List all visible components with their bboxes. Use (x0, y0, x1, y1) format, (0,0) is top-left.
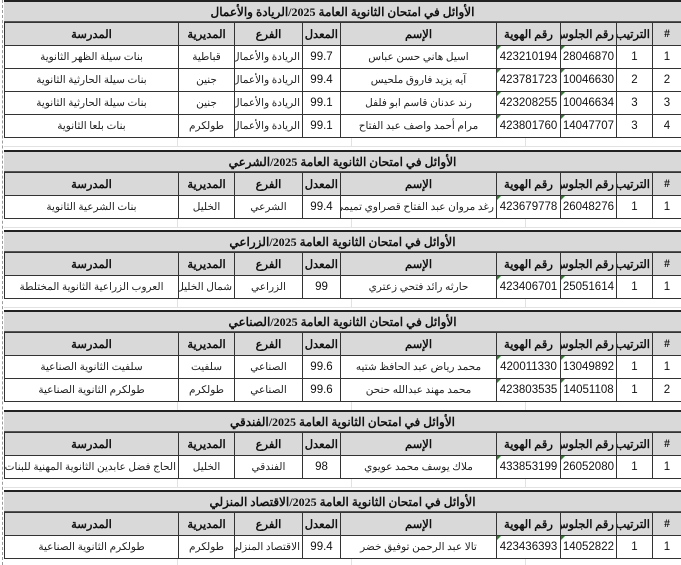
cell-rank[interactable]: 1 (617, 536, 653, 559)
cell-seat-number[interactable]: 28046870 (561, 46, 617, 69)
results-table: # الترتيب رقم الجلوس رقم الهوية الإسم ال… (4, 512, 681, 559)
header-name[interactable]: الإسم (341, 253, 497, 276)
header-seat-number[interactable]: رقم الجلوس (561, 513, 617, 536)
results-section: الأوائل في امتحان الثانوية العامة 2025/ا… (4, 410, 681, 488)
results-section: الأوائل في امتحان الثانوية العامة 2025/ا… (4, 150, 681, 228)
page-break-line (2, 0, 3, 565)
header-rank[interactable]: الترتيب (617, 253, 653, 276)
results-table: # الترتيب رقم الجلوس رقم الهوية الإسم ال… (4, 22, 681, 138)
cell-rank[interactable]: 3 (617, 92, 653, 115)
cell-average[interactable]: 99.4 (303, 69, 341, 92)
header-row: # الترتيب رقم الجلوس رقم الهوية الإسم ال… (5, 173, 681, 196)
header-name[interactable]: الإسم (341, 333, 497, 356)
results-section: الأوائل في امتحان الثانوية العامة 2025/ا… (4, 230, 681, 308)
cell-seat-number[interactable]: 10046630 (561, 69, 617, 92)
table-row: 3 3 10046634 423208255 رند عدنان قاسم اب… (5, 92, 681, 115)
header-school[interactable]: المدرسة (5, 23, 179, 46)
header-index[interactable]: # (653, 173, 681, 196)
cell-branch[interactable]: الفندقي (235, 456, 303, 479)
header-name[interactable]: الإسم (341, 173, 497, 196)
cell-directorate[interactable]: الخليل (179, 456, 235, 479)
header-school[interactable]: المدرسة (5, 253, 179, 276)
cell-id-number[interactable]: 423803535 (497, 379, 561, 402)
cell-id-number[interactable]: 423781723 (497, 69, 561, 92)
cell-index[interactable]: 1 (653, 356, 681, 379)
cell-school[interactable]: طولكرم الثانوية الصناعية (5, 379, 179, 402)
header-rank[interactable]: الترتيب (617, 513, 653, 536)
header-average[interactable]: المعدل (303, 173, 341, 196)
table-row: 1 1 26052080 433853199 ملاك يوسف محمد عو… (5, 456, 681, 479)
cell-name[interactable]: رغد مروان عبد الفتاح قصراوي تميمي (341, 196, 497, 219)
cell-school[interactable]: بنات بلعا الثانوية (5, 115, 179, 138)
cell-seat-number[interactable]: 14052822 (561, 536, 617, 559)
cell-id-number[interactable]: 423406701 (497, 276, 561, 299)
empty-row[interactable] (4, 138, 681, 147)
header-index[interactable]: # (653, 23, 681, 46)
cell-branch[interactable]: الريادة والأعمال (235, 92, 303, 115)
header-school[interactable]: المدرسة (5, 173, 179, 196)
header-branch[interactable]: الفرع (235, 433, 303, 456)
results-table: # الترتيب رقم الجلوس رقم الهوية الإسم ال… (4, 332, 681, 402)
header-id-number[interactable]: رقم الهوية (497, 333, 561, 356)
table-row: 1 1 25051614 423406701 حارثه رائد فتحي ز… (5, 276, 681, 299)
cell-name[interactable]: محمد رياض عبد الحافظ شتيه (341, 356, 497, 379)
header-rank[interactable]: الترتيب (617, 333, 653, 356)
header-index[interactable]: # (653, 253, 681, 276)
section-title[interactable]: الأوائل في امتحان الثانوية العامة 2025/ا… (4, 410, 681, 432)
cell-id-number[interactable]: 423801760 (497, 115, 561, 138)
cell-directorate[interactable]: الخليل (179, 196, 235, 219)
header-name[interactable]: الإسم (341, 433, 497, 456)
header-branch[interactable]: الفرع (235, 253, 303, 276)
cell-rank[interactable]: 1 (617, 456, 653, 479)
header-directorate[interactable]: المديرية (179, 23, 235, 46)
header-row: # الترتيب رقم الجلوس رقم الهوية الإسم ال… (5, 433, 681, 456)
header-seat-number[interactable]: رقم الجلوس (561, 23, 617, 46)
cell-index[interactable]: 3 (653, 92, 681, 115)
cell-directorate[interactable]: طولكرم (179, 536, 235, 559)
cell-branch[interactable]: الشرعي (235, 196, 303, 219)
header-seat-number[interactable]: رقم الجلوس (561, 333, 617, 356)
cell-name[interactable]: محمد مهند عبدالله حنحن (341, 379, 497, 402)
cell-average[interactable]: 99.7 (303, 46, 341, 69)
cell-average[interactable]: 98 (303, 456, 341, 479)
cell-name[interactable]: تالا عبد الرحمن توفيق خضر (341, 536, 497, 559)
cell-directorate[interactable]: شمال الخليل (179, 276, 235, 299)
cell-id-number[interactable]: 423436393 (497, 536, 561, 559)
cell-average[interactable]: 99.4 (303, 196, 341, 219)
header-row: # الترتيب رقم الجلوس رقم الهوية الإسم ال… (5, 23, 681, 46)
cell-directorate[interactable]: طولكرم (179, 379, 235, 402)
section-title[interactable]: الأوائل في امتحان الثانوية العامة 2025/ا… (4, 0, 681, 22)
cell-index[interactable]: 1 (653, 276, 681, 299)
empty-row[interactable] (4, 559, 681, 565)
cell-index[interactable]: 2 (653, 69, 681, 92)
header-directorate[interactable]: المديرية (179, 433, 235, 456)
cell-id-number[interactable]: 423210194 (497, 46, 561, 69)
header-index[interactable]: # (653, 433, 681, 456)
results-section: الأوائل في امتحان الثانوية العامة 2025/ا… (4, 0, 681, 147)
header-school[interactable]: المدرسة (5, 333, 179, 356)
cell-branch[interactable]: الزراعي (235, 276, 303, 299)
cell-seat-number[interactable]: 13049892 (561, 356, 617, 379)
table-row: 2 2 10046630 423781723 آيه يزيد فاروق مل… (5, 69, 681, 92)
header-row: # الترتيب رقم الجلوس رقم الهوية الإسم ال… (5, 333, 681, 356)
header-row: # الترتيب رقم الجلوس رقم الهوية الإسم ال… (5, 253, 681, 276)
results-section: الأوائل في امتحان الثانوية العامة 2025/ا… (4, 490, 681, 565)
cell-index[interactable]: 1 (653, 46, 681, 69)
cell-name[interactable]: اسيل هاني حسن عباس (341, 46, 497, 69)
table-row: 1 1 13049892 420011330 محمد رياض عبد الح… (5, 356, 681, 379)
cell-average[interactable]: 99.6 (303, 379, 341, 402)
cell-rank[interactable]: 1 (617, 356, 653, 379)
header-directorate[interactable]: المديرية (179, 513, 235, 536)
header-id-number[interactable]: رقم الهوية (497, 173, 561, 196)
cell-name[interactable]: مرام أحمد واصف عبد الفتاح (341, 115, 497, 138)
cell-seat-number[interactable]: 26052080 (561, 456, 617, 479)
results-section: الأوائل في امتحان الثانوية العامة 2025/ا… (4, 310, 681, 411)
cell-school[interactable]: بنات سيلة الحارثية الثانوية (5, 92, 179, 115)
cell-directorate[interactable]: سلفيت (179, 356, 235, 379)
header-branch[interactable]: الفرع (235, 23, 303, 46)
header-id-number[interactable]: رقم الهوية (497, 253, 561, 276)
cell-average[interactable]: 99.6 (303, 356, 341, 379)
cell-school[interactable]: الحاج فضل عابدين الثانوية المهنية للبنات (5, 456, 179, 479)
cell-average[interactable]: 99 (303, 276, 341, 299)
cell-rank[interactable]: 1 (617, 46, 653, 69)
header-rank[interactable]: الترتيب (617, 23, 653, 46)
cell-index[interactable]: 1 (653, 536, 681, 559)
cell-school[interactable]: بنات الشرعية الثانوية (5, 196, 179, 219)
cell-directorate[interactable]: جنين (179, 69, 235, 92)
header-directorate[interactable]: المديرية (179, 173, 235, 196)
table-row: 1 1 26048276 423679778 رغد مروان عبد الف… (5, 196, 681, 219)
cell-directorate[interactable]: طولكرم (179, 115, 235, 138)
header-seat-number[interactable]: رقم الجلوس (561, 253, 617, 276)
results-table: # الترتيب رقم الجلوس رقم الهوية الإسم ال… (4, 172, 681, 219)
cell-rank[interactable]: 1 (617, 379, 653, 402)
cell-id-number[interactable]: 423679778 (497, 196, 561, 219)
cell-name[interactable]: ملاك يوسف محمد عويوي (341, 456, 497, 479)
cell-branch[interactable]: الاقتصاد المنزلي (235, 536, 303, 559)
cell-directorate[interactable]: جنين (179, 92, 235, 115)
cell-rank[interactable]: 3 (617, 115, 653, 138)
cell-branch[interactable]: الصناعي (235, 379, 303, 402)
table-row: 1 1 28046870 423210194 اسيل هاني حسن عبا… (5, 46, 681, 69)
results-table: # الترتيب رقم الجلوس رقم الهوية الإسم ال… (4, 432, 681, 479)
cell-seat-number[interactable]: 14051108 (561, 379, 617, 402)
header-directorate[interactable]: المديرية (179, 253, 235, 276)
header-rank[interactable]: الترتيب (617, 433, 653, 456)
header-index[interactable]: # (653, 513, 681, 536)
section-title[interactable]: الأوائل في امتحان الثانوية العامة 2025/ا… (4, 310, 681, 332)
header-branch[interactable]: الفرع (235, 513, 303, 536)
header-rank[interactable]: الترتيب (617, 173, 653, 196)
header-average[interactable]: المعدل (303, 513, 341, 536)
cell-id-number[interactable]: 423208255 (497, 92, 561, 115)
cell-school[interactable]: سلفيت الثانوية الصناعية (5, 356, 179, 379)
cell-branch[interactable]: الريادة والأعمال (235, 46, 303, 69)
cell-seat-number[interactable]: 26048276 (561, 196, 617, 219)
cell-name[interactable]: رند عدنان قاسم ابو فلفل (341, 92, 497, 115)
cell-average[interactable]: 99.1 (303, 115, 341, 138)
cell-seat-number[interactable]: 14047707 (561, 115, 617, 138)
cell-school[interactable]: بنات سيلة الظهر الثانوية (5, 46, 179, 69)
header-branch[interactable]: الفرع (235, 333, 303, 356)
cell-rank[interactable]: 2 (617, 69, 653, 92)
header-school[interactable]: المدرسة (5, 513, 179, 536)
cell-id-number[interactable]: 420011330 (497, 356, 561, 379)
header-branch[interactable]: الفرع (235, 173, 303, 196)
cell-seat-number[interactable]: 25051614 (561, 276, 617, 299)
cell-branch[interactable]: الريادة والأعمال (235, 115, 303, 138)
cell-school[interactable]: طولكرم الثانوية الصناعية (5, 536, 179, 559)
header-school[interactable]: المدرسة (5, 433, 179, 456)
spreadsheet-sheet: الأوائل في امتحان الثانوية العامة 2025/ا… (0, 0, 681, 565)
header-directorate[interactable]: المديرية (179, 333, 235, 356)
cell-school[interactable]: العروب الزراعية الثانوية المختلطة (5, 276, 179, 299)
cell-average[interactable]: 99.4 (303, 536, 341, 559)
cell-name[interactable]: حارثه رائد فتحي زعتري (341, 276, 497, 299)
cell-school[interactable]: بنات سيلة الحارثية الثانوية (5, 69, 179, 92)
results-table: # الترتيب رقم الجلوس رقم الهوية الإسم ال… (4, 252, 681, 299)
cell-index[interactable]: 1 (653, 456, 681, 479)
cell-name[interactable]: آيه يزيد فاروق ملحيس (341, 69, 497, 92)
cell-directorate[interactable]: قباطية (179, 46, 235, 69)
header-name[interactable]: الإسم (341, 23, 497, 46)
header-average[interactable]: المعدل (303, 433, 341, 456)
header-seat-number[interactable]: رقم الجلوس (561, 433, 617, 456)
section-title[interactable]: الأوائل في امتحان الثانوية العامة 2025/ا… (4, 230, 681, 252)
header-row: # الترتيب رقم الجلوس رقم الهوية الإسم ال… (5, 513, 681, 536)
cell-average[interactable]: 99.1 (303, 92, 341, 115)
header-name[interactable]: الإسم (341, 513, 497, 536)
cell-index[interactable]: 4 (653, 115, 681, 138)
header-id-number[interactable]: رقم الهوية (497, 23, 561, 46)
table-row: 4 3 14047707 423801760 مرام أحمد واصف عب… (5, 115, 681, 138)
table-row: 1 1 14052822 423436393 تالا عبد الرحمن ت… (5, 536, 681, 559)
header-seat-number[interactable]: رقم الجلوس (561, 173, 617, 196)
cell-seat-number[interactable]: 10046634 (561, 92, 617, 115)
header-average[interactable]: المعدل (303, 253, 341, 276)
header-average[interactable]: المعدل (303, 333, 341, 356)
cell-rank[interactable]: 1 (617, 196, 653, 219)
cell-index[interactable]: 1 (653, 196, 681, 219)
cell-id-number[interactable]: 433853199 (497, 456, 561, 479)
empty-row[interactable] (4, 219, 681, 228)
empty-row[interactable] (4, 479, 681, 488)
cell-index[interactable]: 2 (653, 379, 681, 402)
header-average[interactable]: المعدل (303, 23, 341, 46)
empty-row[interactable] (4, 299, 681, 308)
cell-branch[interactable]: الريادة والأعمال (235, 69, 303, 92)
header-id-number[interactable]: رقم الهوية (497, 513, 561, 536)
section-title[interactable]: الأوائل في امتحان الثانوية العامة 2025/ا… (4, 150, 681, 172)
table-row: 2 1 14051108 423803535 محمد مهند عبدالله… (5, 379, 681, 402)
cell-branch[interactable]: الصناعي (235, 356, 303, 379)
header-index[interactable]: # (653, 333, 681, 356)
cell-rank[interactable]: 1 (617, 276, 653, 299)
header-id-number[interactable]: رقم الهوية (497, 433, 561, 456)
section-title[interactable]: الأوائل في امتحان الثانوية العامة 2025/ا… (4, 490, 681, 512)
